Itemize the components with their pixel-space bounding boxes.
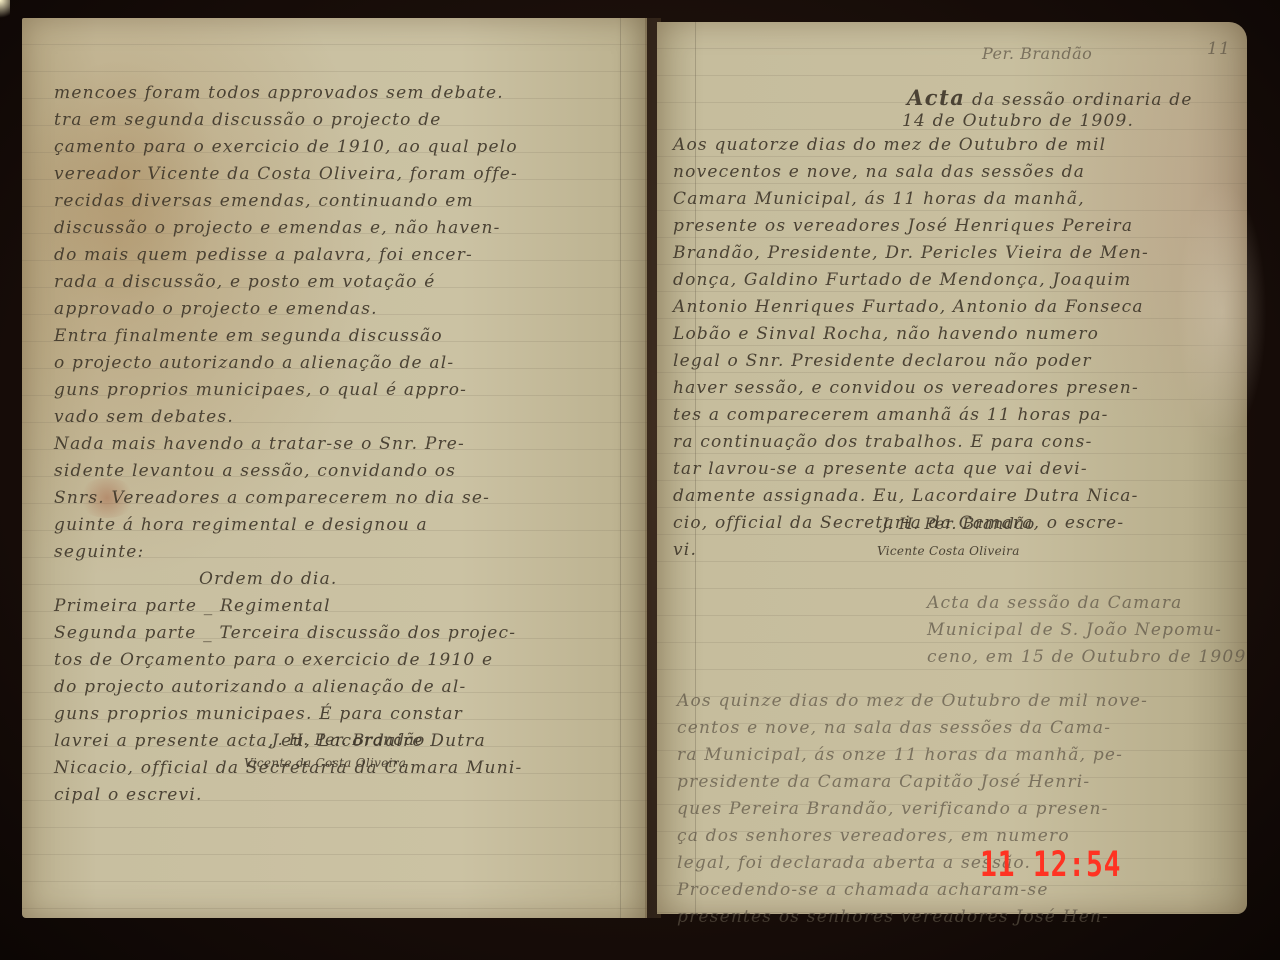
signature: Vicente Costa Oliveira xyxy=(877,538,1020,565)
text-line: sidente levantou a sessão, convidando os xyxy=(54,458,522,485)
margin-rule xyxy=(620,18,621,918)
right-page: Per. Brandão 11 Acta da sessão ordinaria… xyxy=(657,22,1247,914)
text-line: Aos quatorze dias do mez de Outubro de m… xyxy=(673,132,1149,159)
text-line: Aos quinze dias do mez de Outubro de mil… xyxy=(677,688,1148,715)
text-line: tra em segunda discussão o projecto de xyxy=(54,107,522,134)
acta-title-rest: da sessão ordinaria de xyxy=(972,90,1193,110)
text-line: rada a discussão, e posto em votação é xyxy=(54,269,522,296)
acta-date: 14 de Outubro de 1909. xyxy=(902,108,1134,135)
text-line: guns proprios municipaes, o qual é appro… xyxy=(54,377,522,404)
camera-flash-glare xyxy=(0,0,10,20)
acta-2-title: Acta da sessão da Camara Municipal de S.… xyxy=(927,590,1246,671)
text-line: Entra finalmente em segunda discussão xyxy=(54,323,522,350)
text-line: Nada mais havendo a tratar-se o Snr. Pre… xyxy=(54,431,522,458)
signature: J. H. Per. Brandão xyxy=(272,726,425,753)
open-ledger-photo: mencoes foram todos approvados sem debat… xyxy=(0,0,1280,960)
acta-1-text: Aos quatorze dias do mez de Outubro de m… xyxy=(673,132,1149,564)
text-line: mencoes foram todos approvados sem debat… xyxy=(54,80,522,107)
text-line: centos e nove, na sala das sessões da Ca… xyxy=(677,715,1148,742)
text-line: discussão o projecto e emendas e, não ha… xyxy=(54,215,522,242)
text-line: Municipal de S. João Nepomu- xyxy=(927,617,1246,644)
text-line: donça, Galdino Furtado de Mendonça, Joaq… xyxy=(673,267,1149,294)
acta-2-text: Aos quinze dias do mez de Outubro de mil… xyxy=(677,688,1148,931)
camera-timestamp-overlay: 11 12:54 xyxy=(980,845,1121,885)
text-line: ques Pereira Brandão, verificando a pres… xyxy=(677,796,1148,823)
text-line: guinte á hora regimental e designou a xyxy=(54,512,522,539)
signature: Vicente da Costa Oliveira xyxy=(244,750,406,777)
text-line: Primeira parte _ Regimental xyxy=(54,593,522,620)
signature: J. H. Per. Brandão xyxy=(882,510,1035,537)
text-line: vado sem debates. xyxy=(54,404,522,431)
text-line: tos de Orçamento para o exercicio de 191… xyxy=(54,647,522,674)
text-line: presentes os senhores vereadores José He… xyxy=(677,904,1148,931)
text-line: cipal o escrevi. xyxy=(54,782,522,809)
text-line: Antonio Henriques Furtado, Antonio da Fo… xyxy=(673,294,1149,321)
text-line: o projecto autorizando a alienação de al… xyxy=(54,350,522,377)
text-line: Camara Municipal, ás 11 horas da manhã, xyxy=(673,186,1149,213)
text-line: çamento para o exercicio de 1910, ao qua… xyxy=(54,134,522,161)
text-line: Segunda parte _ Terceira discussão dos p… xyxy=(54,620,522,647)
acta-title-word: Acta xyxy=(907,85,965,110)
text-line: novecentos e nove, na sala das sessões d… xyxy=(673,159,1149,186)
text-line: damente assignada. Eu, Lacordaire Dutra … xyxy=(673,483,1149,510)
header-note: Per. Brandão xyxy=(982,40,1092,67)
text-line: legal o Snr. Presidente declarou não pod… xyxy=(673,348,1149,375)
text-line: do mais quem pedisse a palavra, foi ence… xyxy=(54,242,522,269)
text-line: tes a comparecerem amanhã ás 11 horas pa… xyxy=(673,402,1149,429)
text-line: haver sessão, e convidou os vereadores p… xyxy=(673,375,1149,402)
left-page: mencoes foram todos approvados sem debat… xyxy=(22,18,647,918)
text-line: ra continuação dos trabalhos. E para con… xyxy=(673,429,1149,456)
text-line: Brandão, Presidente, Dr. Pericles Vieira… xyxy=(673,240,1149,267)
text-line: vereador Vicente da Costa Oliveira, fora… xyxy=(54,161,522,188)
text-line: seguinte: xyxy=(54,539,522,566)
text-line: Acta da sessão da Camara xyxy=(927,590,1246,617)
left-page-text: mencoes foram todos approvados sem debat… xyxy=(54,80,522,809)
text-line: approvado o projecto e emendas. xyxy=(54,296,522,323)
text-line: do projecto autorizando a alienação de a… xyxy=(54,674,522,701)
text-line: ra Municipal, ás onze 11 horas da manhã,… xyxy=(677,742,1148,769)
text-line: Lobão e Sinval Rocha, não havendo numero xyxy=(673,321,1149,348)
worn-edge xyxy=(1177,182,1267,442)
text-line: recidas diversas emendas, continuando em xyxy=(54,188,522,215)
text-line: presidente da Camara Capitão José Henri- xyxy=(677,769,1148,796)
text-line: tar lavrou-se a presente acta que vai de… xyxy=(673,456,1149,483)
text-line: ceno, em 15 de Outubro de 1909 xyxy=(927,644,1246,671)
page-number: 11 xyxy=(1207,36,1231,63)
order-of-day-heading: Ordem do dia. xyxy=(54,566,522,593)
text-line: Snrs. Vereadores a comparecerem no dia s… xyxy=(54,485,522,512)
text-line: guns proprios municipaes. É para constar xyxy=(54,701,522,728)
text-line: presente os vereadores José Henriques Pe… xyxy=(673,213,1149,240)
